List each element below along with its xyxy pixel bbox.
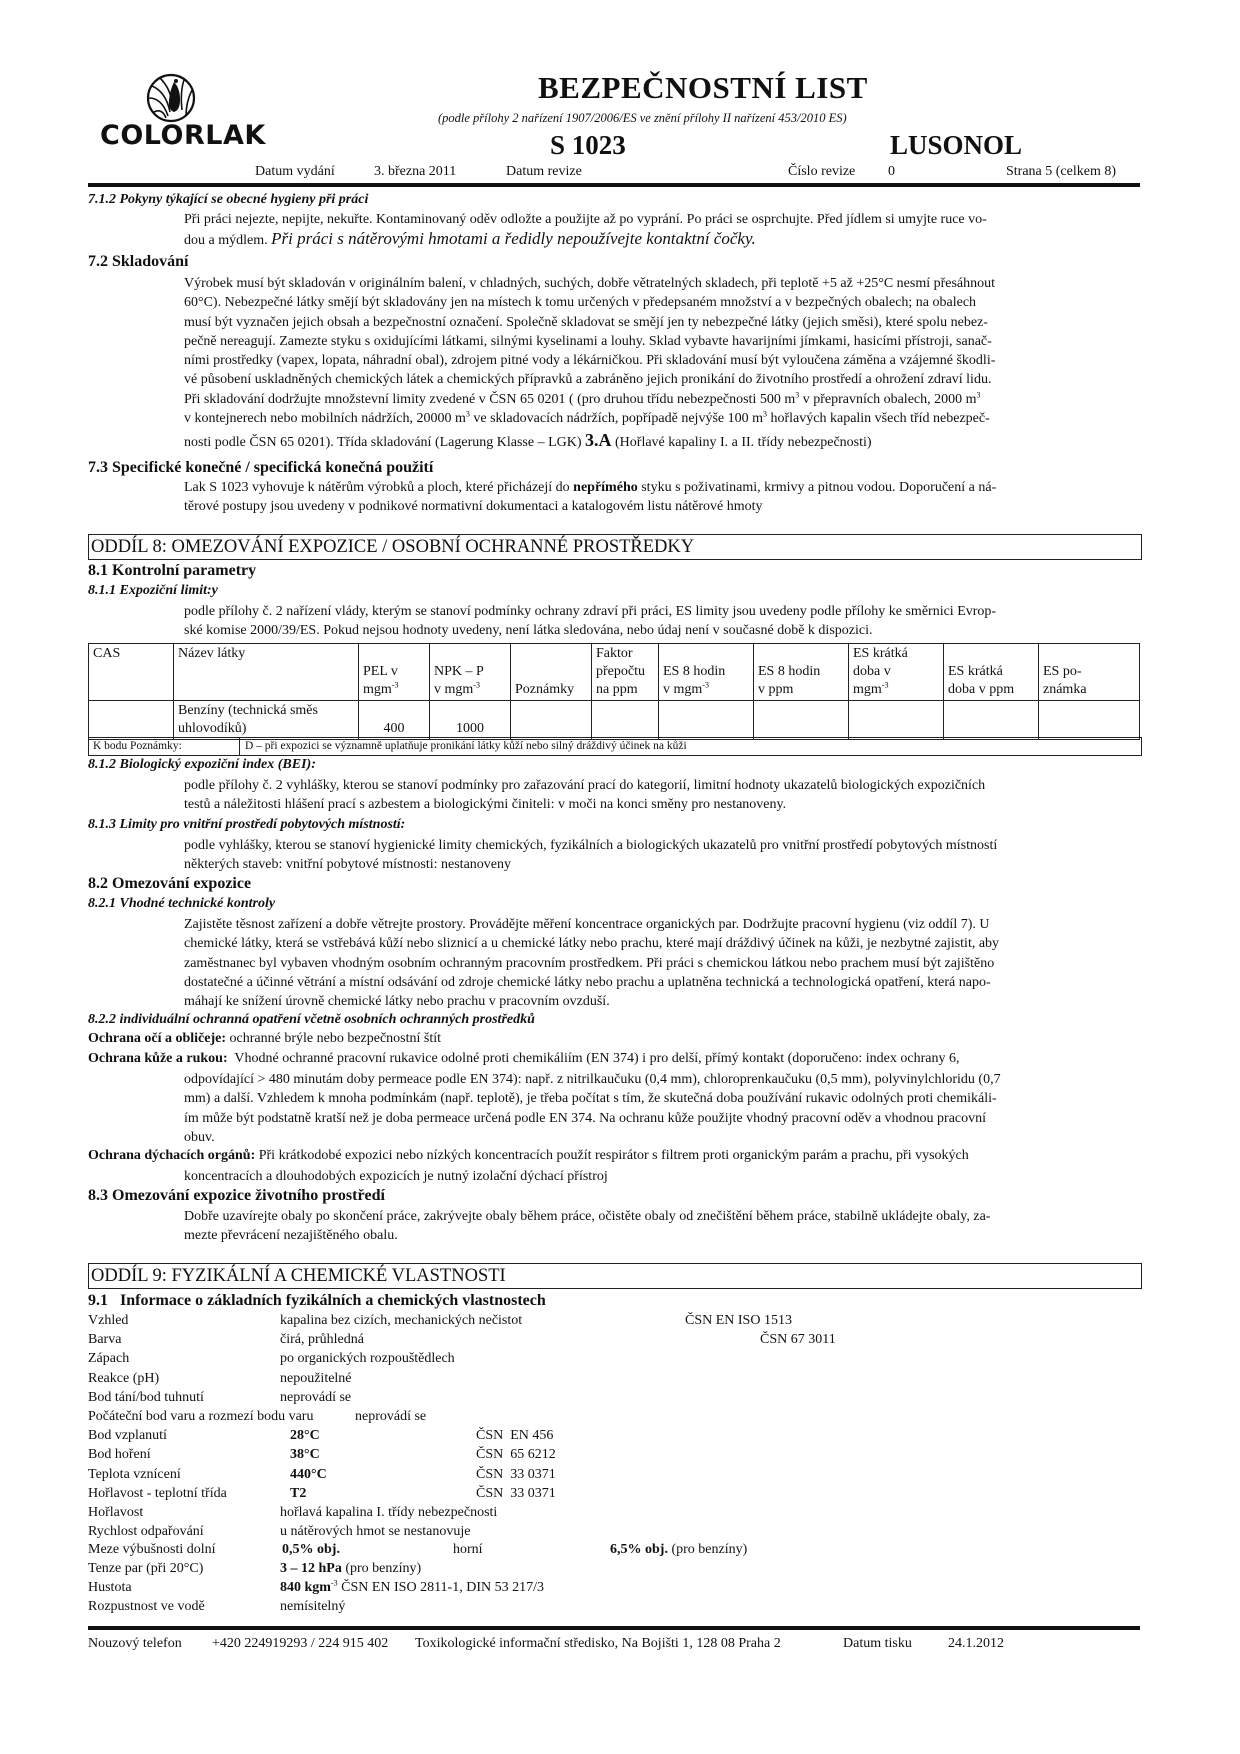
density-value: 840 kgm [280, 1580, 331, 1595]
property-norm: ČSN EN 456 [476, 1428, 553, 1444]
section-8-title: ODDÍL 8: OMEZOVÁNÍ EXPOZICE / OSOBNÍ OCH… [88, 534, 1142, 560]
property-value: 440°C [290, 1467, 327, 1483]
property-label: Vzhled [88, 1313, 128, 1329]
text-span: dou a mýdlem. [184, 233, 271, 248]
cell-pel: 400 [359, 701, 430, 740]
section-7-3-heading: 7.3 Specifické konečné / specifická kone… [88, 459, 433, 477]
respiratory-protection-continued: koncentracích a dlouhodobých expozicích … [184, 1167, 1139, 1186]
text-span: v přepravních obalech, 2000 m [799, 392, 976, 407]
text-line: dou a mýdlem. Při práci s nátěrovými hmo… [184, 229, 1139, 250]
property-label: Hořlavost [88, 1505, 143, 1521]
note-separator [239, 738, 240, 755]
contact-lens-warning: Při práci s nátěrovými hmotami a ředidly… [271, 229, 756, 248]
text-line: ím může být podstatně kratší než je doba… [184, 1109, 1139, 1128]
property-norm: ČSN EN ISO 1513 [685, 1313, 792, 1329]
text-line: podle přílohy č. 2 nařízení vlády, který… [184, 602, 1139, 621]
text-line: pečně nereagují. Zamezte styku s oxidují… [184, 332, 1139, 351]
section-8-3-heading: 8.3 Omezování expozice životního prostře… [88, 1187, 385, 1205]
property-label: Barva [88, 1332, 121, 1348]
cell-notes [511, 701, 592, 740]
col-es-note: ES po-známka [1039, 644, 1140, 701]
page-number: Strana 5 (celkem 8) [1006, 164, 1116, 180]
text-line: těrové postupy jsou uvedeny v podnikové … [184, 497, 1139, 516]
property-value: neprovádí se [355, 1409, 426, 1425]
superscript: 3 [977, 390, 981, 399]
property-label: Bod vzplanutí [88, 1428, 167, 1444]
col-cas: CAS [89, 644, 174, 701]
superscript: -3 [331, 1578, 338, 1587]
property-norm: ČSN 67 3011 [760, 1332, 836, 1348]
section-9-title: ODDÍL 9: FYZIKÁLNÍ A CHEMICKÉ VLASTNOSTI [88, 1263, 1142, 1289]
revision-number-label: Číslo revize [788, 164, 855, 180]
solubility-value: nemísitelný [280, 1599, 345, 1615]
property-value: čirá, průhledná [280, 1332, 364, 1348]
text-line: Zajistěte těsnost zařízení a dobře větre… [184, 915, 1139, 934]
table-note-row: K bodu Poznámky: D – při expozici se výz… [88, 737, 1142, 756]
section-9-1-heading: 9.1 Informace o základních fyzikálních a… [88, 1292, 546, 1310]
section-8-2-2-heading: 8.2.2 individuální ochranná opatření vče… [88, 1012, 535, 1028]
text-span: hořlavých kapalin všech tříd nebezpeč- [767, 411, 990, 426]
property-label: Bod tání/bod tuhnutí [88, 1390, 204, 1406]
section-8-1-3-heading: 8.1.3 Limity pro vnitřní prostředí pobyt… [88, 817, 405, 833]
vapor-pressure: 3 – 12 hPa (pro benzíny) [280, 1561, 421, 1577]
section-8-1-3-text: podle vyhlášky, kterou se stanoví hygien… [184, 836, 1139, 875]
section-8-1-heading: 8.1 Kontrolní parametry [88, 562, 256, 580]
text-line: ské komise 2000/39/ES. Pokud nejsou hodn… [184, 621, 1139, 640]
section-7-1-2-heading: 7.1.2 Pokyny týkající se obecné hygieny … [88, 192, 368, 208]
text-line: máhají ke snížení úrovně chemické látky … [184, 992, 1139, 1011]
vapor-pressure-label: Tenze par (při 20°C) [88, 1561, 203, 1577]
text-line: Při skladování dodržujte množstevní limi… [184, 390, 1139, 409]
cell-ppm-factor [592, 701, 659, 740]
property-value: po organických rozpouštědlech [280, 1351, 455, 1367]
eye-protection-label: Ochrana očí a obličeje: [88, 1031, 226, 1046]
density-label: Hustota [88, 1580, 132, 1596]
skin-protection-label: Ochrana kůže a rukou: [88, 1051, 228, 1066]
section-7-2-text: Výrobek musí být skladován v originálním… [184, 274, 1139, 453]
cell-es8h-mgm [659, 701, 754, 740]
note-text: D – při expozici se významně uplatňuje p… [245, 738, 687, 754]
col-substance: Název látky [174, 644, 359, 701]
footer-divider [88, 1626, 1140, 1630]
text-line: chemické látky, která se vstřebává kůží … [184, 934, 1139, 953]
property-label: Rychlost odpařování [88, 1524, 204, 1540]
property-label: Počáteční bod varu a rozmezí bodu varu [88, 1409, 313, 1425]
property-value: T2 [290, 1486, 306, 1502]
document-subtitle: (podle přílohy 2 nařízení 1907/2006/ES v… [438, 111, 847, 126]
text-span: Při skladování dodržujte množstevní limi… [184, 392, 795, 407]
text-line: musí být vyznačen jejich obsah a bezpečn… [184, 313, 1139, 332]
section-8-1-2-text: podle přílohy č. 2 vyhlášky, kterou se s… [184, 776, 1139, 815]
text-line: koncentracích a dlouhodobých expozicích … [184, 1167, 1139, 1186]
col-npk: NPK – Pv mgm-3 [430, 644, 511, 701]
text-line: obuv. [184, 1128, 1139, 1147]
eye-protection-text: ochranné brýle nebo bezpečnostní štít [226, 1031, 441, 1046]
density-note: ČSN EN ISO 2811-1, DIN 53 217/3 [338, 1580, 544, 1595]
property-label: Teplota vznícení [88, 1467, 181, 1483]
col-notes: Poznámky [511, 644, 592, 701]
section-8-1-1-text: podle přílohy č. 2 nařízení vlády, který… [184, 602, 1139, 641]
section-8-2-1-text: Zajistěte těsnost zařízení a dobře větre… [184, 915, 1139, 1011]
cell-npk: 1000 [430, 701, 511, 740]
text-line: podle přílohy č. 2 vyhlášky, kterou se s… [184, 776, 1139, 795]
cell-es8h-ppm [754, 701, 849, 740]
text-line: mezte převrácení nezajištěného obalu. [184, 1226, 1139, 1245]
text-span: ve skladovacích nádržích, popřípadě nejv… [470, 411, 763, 426]
property-label: Zápach [88, 1351, 129, 1367]
property-label: Bod hoření [88, 1447, 151, 1463]
density: 840 kgm-3 ČSN EN ISO 2811-1, DIN 53 217/… [280, 1580, 544, 1596]
text-line: nosti podle ČSN 65 0201). Třída skladová… [184, 431, 1139, 452]
section-7-2-heading: 7.2 Skladování [88, 253, 188, 271]
text-line: vé působení uskladněných chemických láte… [184, 370, 1139, 389]
property-norm: ČSN 65 6212 [476, 1447, 556, 1463]
cell-cas [89, 701, 174, 740]
text-span: styku s poživatinami, krmivy a pitnou vo… [638, 480, 997, 495]
table-header-row: CAS Název látky PEL vmgm-3 NPK – Pv mgm-… [89, 644, 1140, 701]
vapor-pressure-note: (pro benzíny) [342, 1561, 421, 1576]
revision-number: 0 [888, 164, 895, 180]
skin-protection-continued: odpovídající > 480 minutám doby permeace… [184, 1070, 1139, 1147]
text-line: odpovídající > 480 minutám doby permeace… [184, 1070, 1139, 1089]
col-es8h-mgm: ES 8 hodinv mgm-3 [659, 644, 754, 701]
cell-substance: Benzíny (technická směs uhlovodíků) [174, 701, 359, 740]
respiratory-protection-label: Ochrana dýchacích orgánů: [88, 1148, 255, 1163]
text-line: testů a náležitosti hlášení prací s azbe… [184, 795, 1139, 814]
text-span: Lak S 1023 vyhovuje k nátěrům výrobků a … [184, 480, 573, 495]
property-label: Hořlavost - teplotní třída [88, 1486, 227, 1502]
issue-date-label: Datum vydání [255, 164, 335, 180]
logo-text: COLORLAK [100, 120, 266, 151]
print-date: 24.1.2012 [948, 1636, 1004, 1652]
property-norm: ČSN 33 0371 [476, 1486, 556, 1502]
explosion-lower: 0,5% obj. [282, 1542, 340, 1558]
revision-date-label: Datum revize [506, 164, 582, 180]
product-name: LUSONOL [890, 130, 1022, 161]
text-line: některých staveb: vnitřní pobytové místn… [184, 855, 1139, 874]
solubility-label: Rozpustnost ve vodě [88, 1599, 205, 1615]
section-7-3-text: Lak S 1023 vyhovuje k nátěrům výrobků a … [184, 478, 1139, 517]
text-line: 60°C). Nebezpečné látky smějí být sklado… [184, 293, 1139, 312]
print-date-label: Datum tisku [843, 1636, 912, 1652]
cell-es-short-mgm [849, 701, 944, 740]
property-label: Reakce (pH) [88, 1371, 159, 1387]
explosion-limits-label: Meze výbušnosti dolní [88, 1542, 216, 1558]
cell-es-note [1039, 701, 1140, 740]
header-divider [88, 183, 1140, 187]
col-es8h-ppm: ES 8 hodinv ppm [754, 644, 849, 701]
property-value: hořlavá kapalina I. třídy nebezpečnosti [280, 1505, 497, 1521]
section-8-1-2-heading: 8.1.2 Biologický expoziční index (BEI): [88, 757, 316, 773]
property-value: u nátěrových hmot se nestanovuje [280, 1524, 471, 1540]
text-line: Výrobek musí být skladován v originálním… [184, 274, 1139, 293]
section-8-2-1-heading: 8.2.1 Vhodné technické kontroly [88, 896, 275, 912]
text-line: zaměstnanec byl vybaven vhodným osobním … [184, 954, 1139, 973]
skin-protection-text: Vhodné ochranné pracovní rukavice odolné… [228, 1051, 960, 1066]
section-8-1-1-heading: 8.1.1 Expoziční limit:y [88, 583, 218, 599]
text-line: v kontejnerech nebo mobilních nádržích, … [184, 409, 1139, 428]
issue-date: 3. března 2011 [374, 164, 456, 180]
col-ppm-factor: Faktorpřepočtuna ppm [592, 644, 659, 701]
exposure-limits-table: CAS Název látky PEL vmgm-3 NPK – Pv mgm-… [88, 643, 1140, 740]
property-value: neprovádí se [280, 1390, 351, 1406]
text-span: (Hořlavé kapaliny I. a II. třídy nebezpe… [612, 435, 872, 450]
toxicology-center: Toxikologické informační středisko, Na B… [415, 1636, 781, 1652]
text-span: nepřímého [573, 480, 638, 495]
text-span: nosti podle ČSN 65 0201). Třída skladová… [184, 435, 585, 450]
text-line: mm) a další. Vzhledem k mnoha podmínkám … [184, 1089, 1139, 1108]
col-es-short-ppm: ES krátkádoba v ppm [944, 644, 1039, 701]
skin-protection: Ochrana kůže a rukou: Vhodné ochranné pr… [88, 1051, 959, 1067]
col-pel: PEL vmgm-3 [359, 644, 430, 701]
explosion-upper: 6,5% obj. (pro benzíny) [610, 1542, 747, 1558]
text-line: dostatečné a účinné větrání a místní ods… [184, 973, 1139, 992]
property-value: 28°C [290, 1428, 320, 1444]
property-norm: ČSN 33 0371 [476, 1467, 556, 1483]
vapor-pressure-value: 3 – 12 hPa [280, 1561, 342, 1576]
property-value: nepoužitelné [280, 1371, 352, 1387]
section-8-2-heading: 8.2 Omezování expozice [88, 875, 251, 893]
product-code: S 1023 [550, 130, 626, 161]
text-span: v kontejnerech nebo mobilních nádržích, … [184, 411, 466, 426]
text-line: Dobře uzavírejte obaly po skončení práce… [184, 1207, 1139, 1226]
emergency-phone: +420 224919293 / 224 915 402 [212, 1636, 388, 1652]
text-line: Lak S 1023 vyhovuje k nátěrům výrobků a … [184, 478, 1139, 497]
explosion-upper-value: 6,5% obj. [610, 1542, 668, 1557]
section-8-3-text: Dobře uzavírejte obaly po skončení práce… [184, 1207, 1139, 1246]
explosion-upper-label: horní [453, 1542, 483, 1558]
colorlak-logo: COLORLAK [100, 72, 260, 158]
property-value: kapalina bez cizích, mechanických nečist… [280, 1313, 522, 1329]
table-row: Benzíny (technická směs uhlovodíků) 400 … [89, 701, 1140, 740]
explosion-note: (pro benzíny) [668, 1542, 747, 1557]
note-label: K bodu Poznámky: [93, 738, 182, 754]
storage-class-code: 3.A [585, 430, 612, 450]
peacock-logo-icon [140, 72, 202, 124]
respiratory-protection-text: Při krátkodobé expozici nebo nízkých kon… [255, 1148, 969, 1163]
document-title: BEZPEČNOSTNÍ LIST [538, 70, 868, 106]
text-line: Při práci nejezte, nepijte, nekuřte. Kon… [184, 210, 1139, 229]
col-es-short-mgm: ES krátkádoba vmgm-3 [849, 644, 944, 701]
property-value: 38°C [290, 1447, 320, 1463]
text-line: ními prostředky (vapex, lopata, náhradní… [184, 351, 1139, 370]
section-7-1-2-text: Při práci nejezte, nepijte, nekuřte. Kon… [184, 210, 1139, 251]
text-line: podle vyhlášky, kterou se stanoví hygien… [184, 836, 1139, 855]
emergency-phone-label: Nouzový telefon [88, 1636, 182, 1652]
eye-protection: Ochrana očí a obličeje: ochranné brýle n… [88, 1031, 441, 1047]
respiratory-protection: Ochrana dýchacích orgánů: Při krátkodobé… [88, 1148, 969, 1164]
cell-es-short-ppm [944, 701, 1039, 740]
